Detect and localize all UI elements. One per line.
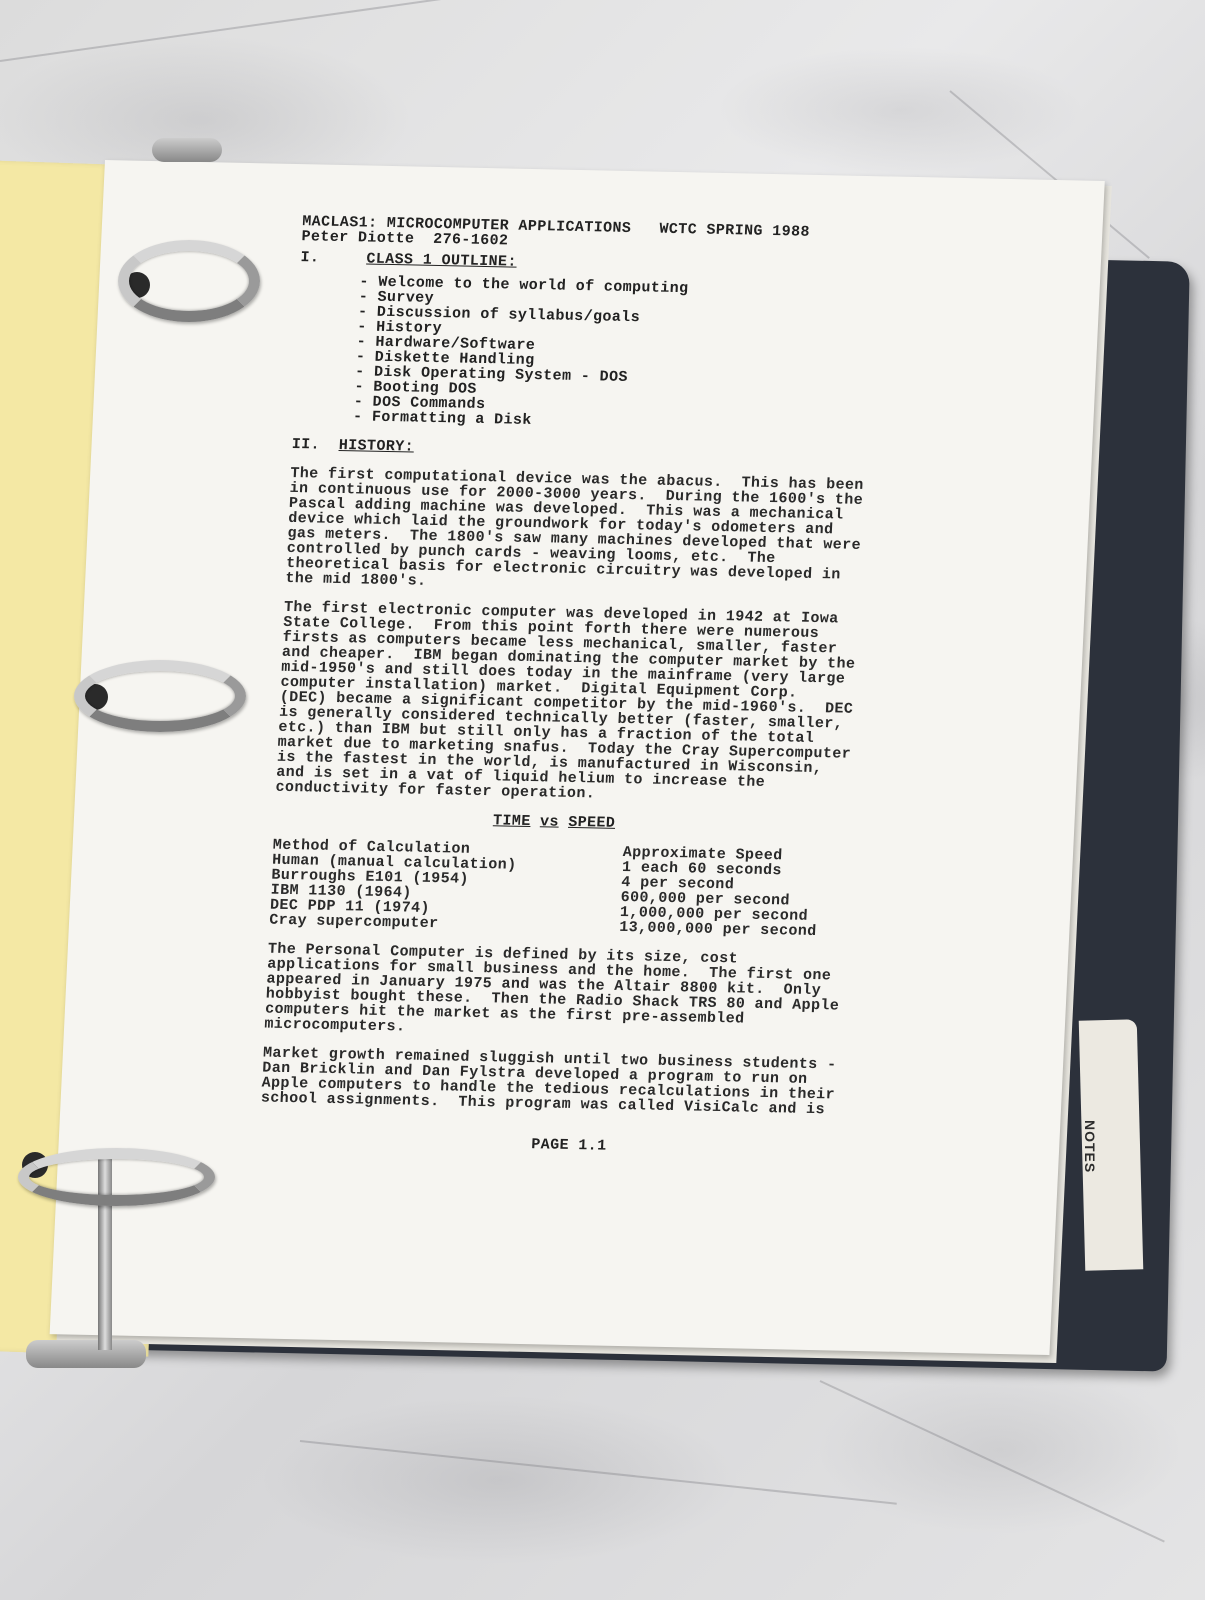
- binder-bottom-clip: [26, 1340, 146, 1368]
- binder-ring-middle[interactable]: [74, 660, 246, 732]
- time-vs-speed-table: Method of CalculationApproximate SpeedHu…: [269, 838, 873, 940]
- marble-vein: [300, 1440, 897, 1505]
- market-growth-paragraph: Market growth remained sluggish until tw…: [261, 1046, 864, 1119]
- binder-ring-top[interactable]: [118, 240, 260, 322]
- notes-tab-label: NOTES: [1082, 1120, 1098, 1173]
- binder-ring-bottom[interactable]: [18, 1148, 215, 1206]
- marble-vein: [0, 0, 495, 62]
- document-content: MACLAS1: MICROCOMPUTER APPLICATIONS WCTC…: [259, 214, 903, 1159]
- section-1-numeral: I.: [300, 249, 320, 266]
- section-2-title: HISTORY:: [338, 437, 414, 456]
- personal-computer-paragraph: The Personal Computer is defined by its …: [264, 942, 868, 1044]
- section-1-title: CLASS 1 OUTLINE:: [366, 251, 517, 271]
- history-paragraph-2: The first electronic computer was develo…: [275, 600, 884, 807]
- history-paragraph-1: The first computational device was the a…: [285, 466, 891, 598]
- binder-top-clip: [152, 138, 222, 162]
- class-outline-list: - Welcome to the world of computing- Sur…: [293, 273, 900, 435]
- marble-vein: [820, 1380, 1165, 1542]
- section-2-numeral: II.: [291, 436, 320, 454]
